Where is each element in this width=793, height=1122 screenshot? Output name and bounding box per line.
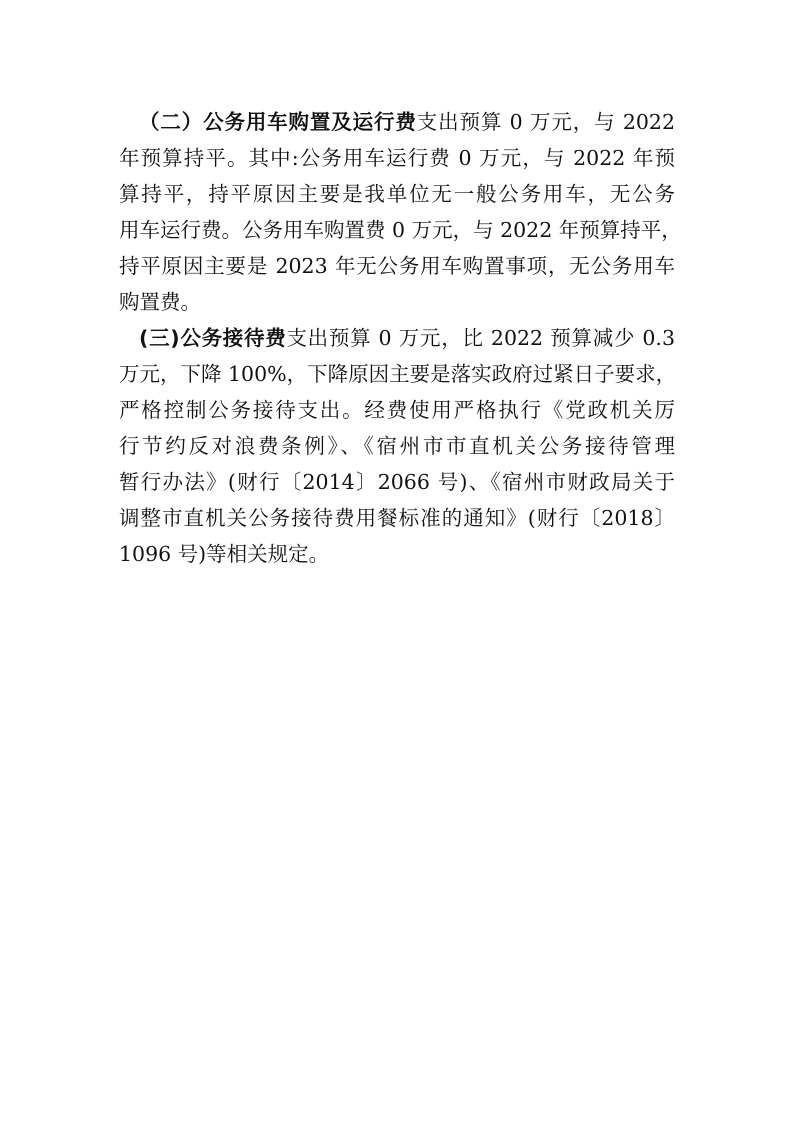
document-page: （二）公务用车购置及运行费支出预算 0 万元，与 2022 年预算持平。其中:公… bbox=[0, 0, 793, 1122]
text-line: 年预算持平。其中:公务用车运行费 0 万元，与 2022 年预 bbox=[119, 140, 675, 176]
text-line: 行节约反对浪费条例》、《宿州市市直机关公务接待管理 bbox=[119, 428, 675, 464]
text-line: 购置费。 bbox=[119, 284, 675, 320]
document-body: （二）公务用车购置及运行费支出预算 0 万元，与 2022 年预算持平。其中:公… bbox=[119, 104, 675, 572]
section-heading: （二）公务用车购置及运行费 bbox=[139, 110, 417, 134]
text-line: 万元，下降 100%，下降原因主要是落实政府过紧日子要求， bbox=[119, 356, 675, 392]
text-line: 严格控制公务接待支出。经费使用严格执行《党政机关厉 bbox=[119, 392, 675, 428]
paragraph-vehicle-expenses: （二）公务用车购置及运行费支出预算 0 万元，与 2022 年预算持平。其中:公… bbox=[119, 104, 675, 320]
paragraph-reception-expenses: (三)公务接待费支出预算 0 万元，比 2022 预算减少 0.3 万元，下降 … bbox=[119, 320, 675, 572]
text-line: （二）公务用车购置及运行费支出预算 0 万元，与 2022 bbox=[119, 104, 675, 140]
text-line: 持平原因主要是 2023 年无公务用车购置事项，无公务用车 bbox=[119, 248, 675, 284]
text-line: 调整市直机关公务接待费用餐标准的通知》(财行〔2018〕 bbox=[119, 500, 675, 536]
text-line: 用车运行费。公务用车购置费 0 万元，与 2022 年预算持平， bbox=[119, 212, 675, 248]
text-line: 1096 号)等相关规定。 bbox=[119, 536, 675, 572]
text-line: 暂行办法》(财行〔2014〕2066 号)、《宿州市财政局关于 bbox=[119, 464, 675, 500]
text-line: (三)公务接待费支出预算 0 万元，比 2022 预算减少 0.3 bbox=[119, 320, 675, 356]
text-line: 算持平，持平原因主要是我单位无一般公务用车，无公务 bbox=[119, 176, 675, 212]
section-heading: (三)公务接待费 bbox=[139, 326, 286, 350]
